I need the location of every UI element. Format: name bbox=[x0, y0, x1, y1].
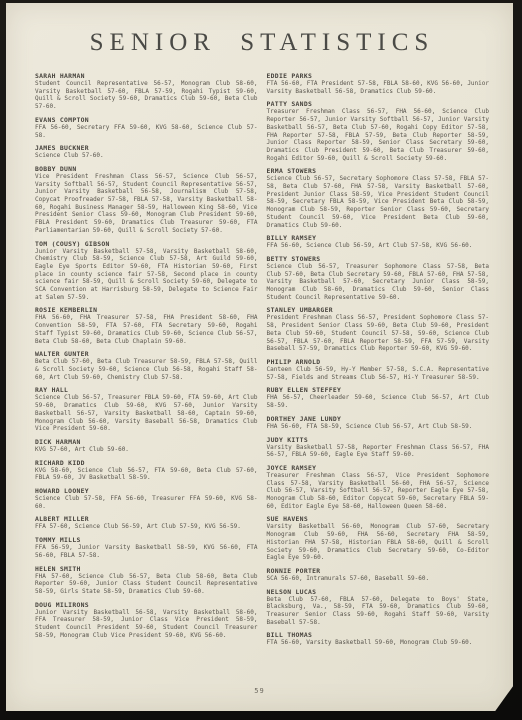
student-activities: FHA 56-60, FTA 58-59, Science Club 56-57… bbox=[267, 423, 490, 431]
student-name: PHILIP ARNOLD bbox=[267, 358, 490, 366]
student-entry: TOMMY MILLSFFA 56-59, Junior Varsity Bas… bbox=[35, 536, 258, 559]
student-entry: RUBY ELLEN STEFFEYFHA 56-57, Cheerleader… bbox=[267, 386, 490, 409]
student-activities: FTA 56-60, FTA President 57-58, FBLA 58-… bbox=[267, 80, 490, 95]
student-entry: DICK HARMANKVG 57-60, Art Club 59-60. bbox=[35, 438, 258, 454]
student-entry: EVANS COMPTONFFA 56-60, Secretary FFA 59… bbox=[35, 116, 258, 139]
student-name: DOUG MILIRONS bbox=[35, 601, 258, 609]
student-activities: KVG 58-60, Science Club 56-57, FTA 59-60… bbox=[35, 467, 258, 482]
student-entry: BILL THOMASFTA 56-60, Varsity Basketball… bbox=[267, 631, 490, 647]
student-name: DICK HARMAN bbox=[35, 438, 258, 446]
student-entry: BOBBY DUNNVice President Freshman Class … bbox=[35, 165, 258, 235]
student-entry: ROSIE KEMBERLINFHA 56-60, FHA Treasurer … bbox=[35, 306, 258, 345]
student-name: TOM (COUSY) GIBSON bbox=[35, 240, 258, 248]
student-entry: RAY HALLScience Club 56-57, Treasurer FB… bbox=[35, 386, 258, 433]
student-activities: Science Club 56-57, Treasurer FBLA 59-60… bbox=[35, 394, 258, 433]
student-entry: DORTHEY JANE LUNDYFHA 56-60, FTA 58-59, … bbox=[267, 415, 490, 431]
student-activities: Beta Club 57-60, Beta Club Treasurer 58-… bbox=[35, 358, 258, 381]
left-column: SARAH HARMANStudent Council Representati… bbox=[35, 72, 258, 652]
student-activities: Treasurer Freshman Class 56-57, Vice Pre… bbox=[267, 472, 490, 511]
student-name: ERMA STOWERS bbox=[267, 167, 490, 175]
student-entry: TOM (COUSY) GIBSONJunior Varsity Basketb… bbox=[35, 240, 258, 302]
page-content: SENIOR STATISTICS SARAH HARMANStudent Co… bbox=[6, 3, 513, 652]
student-activities: Science Club 57-58, FFA 56-60, Treasurer… bbox=[35, 495, 258, 510]
student-name: RAY HALL bbox=[35, 386, 258, 394]
photo-background: SENIOR STATISTICS SARAH HARMANStudent Co… bbox=[0, 0, 522, 720]
student-activities: Junior Varsity Basketball 57-58, Varsity… bbox=[35, 248, 258, 302]
student-name: ALBERT MILLER bbox=[35, 515, 258, 523]
student-entry: HOWARD LOONEYScience Club 57-58, FFA 56-… bbox=[35, 487, 258, 510]
student-activities: Science Club 56-57, Secretary Sophomore … bbox=[267, 175, 490, 229]
student-entry: SARAH HARMANStudent Council Representati… bbox=[35, 72, 258, 111]
student-name: STANLEY UMBARGER bbox=[267, 306, 490, 314]
student-activities: Varsity Basketball 57-58, Reporter Fresh… bbox=[267, 444, 490, 459]
student-activities: Beta Club 57-60, FBLA 57-60, Delegate to… bbox=[267, 596, 490, 627]
student-entry: BILLY RAMSEYFFA 56-60, Science Club 56-5… bbox=[267, 234, 490, 250]
student-entry: HELEN SMITHFHA 57-60, Science Club 56-57… bbox=[35, 565, 258, 596]
student-name: DORTHEY JANE LUNDY bbox=[267, 415, 490, 423]
student-entry: RONNIE PORTERSCA 56-60, Intramurals 57-6… bbox=[267, 567, 490, 583]
student-activities: Treasurer Freshman Class 56-57, FHA 56-6… bbox=[267, 108, 490, 162]
student-name: SUE HAVENS bbox=[267, 515, 490, 523]
student-name: BOBBY DUNN bbox=[35, 165, 258, 173]
student-activities: Varsity Basketball 56-60, Monogram Club … bbox=[267, 523, 490, 562]
student-entry: JUDY KITTSVarsity Basketball 57-58, Repo… bbox=[267, 436, 490, 459]
student-entry: STANLEY UMBARGERPresident Freshman Class… bbox=[267, 306, 490, 353]
student-name: JAMES BUCKNER bbox=[35, 144, 258, 152]
student-entry: NELSON LUCASBeta Club 57-60, FBLA 57-60,… bbox=[267, 588, 490, 627]
student-activities: FFA 56-60, Secretary FFA 59-60, KVG 58-6… bbox=[35, 124, 258, 139]
student-activities: FFA 56-60, Science Club 56-59, Art Club … bbox=[267, 242, 490, 250]
student-name: SARAH HARMAN bbox=[35, 72, 258, 80]
student-activities: Science Club 56-57, Treasurer Sophomore … bbox=[267, 263, 490, 302]
student-entry: PHILIP ARNOLDCanteen Club 56-59, Hy-Y Me… bbox=[267, 358, 490, 381]
student-name: RONNIE PORTER bbox=[267, 567, 490, 575]
student-name: EVANS COMPTON bbox=[35, 116, 258, 124]
student-name: HOWARD LOONEY bbox=[35, 487, 258, 495]
student-name: RUBY ELLEN STEFFEY bbox=[267, 386, 490, 394]
student-name: RICHARD KIDD bbox=[35, 459, 258, 467]
student-entry: JOYCE RAMSEYTreasurer Freshman Class 56-… bbox=[267, 464, 490, 511]
student-activities: FTA 56-60, Varsity Basketball 59-60, Mon… bbox=[267, 639, 490, 647]
student-activities: FHA 56-60, FHA Treasurer 57-58, FHA Pres… bbox=[35, 314, 258, 345]
student-entry: EDDIE PARKSFTA 56-60, FTA President 57-5… bbox=[267, 72, 490, 95]
student-name: BILL THOMAS bbox=[267, 631, 490, 639]
student-name: BILLY RAMSEY bbox=[267, 234, 490, 242]
student-name: TOMMY MILLS bbox=[35, 536, 258, 544]
student-activities: KVG 57-60, Art Club 59-60. bbox=[35, 446, 258, 454]
student-name: JUDY KITTS bbox=[267, 436, 490, 444]
student-entry: DOUG MILIRONSJunior Varsity Basketball 5… bbox=[35, 601, 258, 640]
student-name: BETTY STOWERS bbox=[267, 255, 490, 263]
student-activities: FHA 56-57, Cheerleader 59-60, Science Cl… bbox=[267, 394, 490, 409]
student-entry: RICHARD KIDDKVG 58-60, Science Club 56-5… bbox=[35, 459, 258, 482]
page-title: SENIOR STATISTICS bbox=[35, 29, 489, 57]
yearbook-page: SENIOR STATISTICS SARAH HARMANStudent Co… bbox=[6, 3, 513, 711]
student-activities: President Freshman Class 56-57, Presiden… bbox=[267, 314, 490, 353]
student-name: EDDIE PARKS bbox=[267, 72, 490, 80]
student-name: PATTY SANDS bbox=[267, 100, 490, 108]
student-activities: Canteen Club 56-59, Hy-Y Member 57-58, S… bbox=[267, 366, 490, 381]
page-number: 59 bbox=[6, 687, 513, 695]
student-name: JOYCE RAMSEY bbox=[267, 464, 490, 472]
student-name: WALTER GUNTER bbox=[35, 350, 258, 358]
right-column: EDDIE PARKSFTA 56-60, FTA President 57-5… bbox=[267, 72, 490, 652]
student-activities: Junior Varsity Basketball 56-58, Varsity… bbox=[35, 609, 258, 640]
student-activities: Science Club 57-60. bbox=[35, 152, 258, 160]
student-entry: ERMA STOWERSScience Club 56-57, Secretar… bbox=[267, 167, 490, 229]
two-column-layout: SARAH HARMANStudent Council Representati… bbox=[35, 72, 489, 652]
student-entry: SUE HAVENSVarsity Basketball 56-60, Mono… bbox=[267, 515, 490, 562]
student-entry: ALBERT MILLERFFA 57-60, Science Club 56-… bbox=[35, 515, 258, 531]
student-name: ROSIE KEMBERLIN bbox=[35, 306, 258, 314]
student-activities: SCA 56-60, Intramurals 57-60, Baseball 5… bbox=[267, 575, 490, 583]
student-activities: Student Council Representative 56-57, Mo… bbox=[35, 80, 258, 111]
student-activities: Vice President Freshman Class 56-57, Sci… bbox=[35, 173, 258, 235]
student-activities: FFA 57-60, Science Club 56-59, Art Club … bbox=[35, 523, 258, 531]
student-entry: PATTY SANDSTreasurer Freshman Class 56-5… bbox=[267, 100, 490, 162]
student-entry: JAMES BUCKNERScience Club 57-60. bbox=[35, 144, 258, 160]
student-activities: FHA 57-60, Science Club 56-57, Beta Club… bbox=[35, 573, 258, 596]
student-activities: FFA 56-59, Junior Varsity Basketball 58-… bbox=[35, 544, 258, 559]
student-name: NELSON LUCAS bbox=[267, 588, 490, 596]
student-name: HELEN SMITH bbox=[35, 565, 258, 573]
student-entry: WALTER GUNTERBeta Club 57-60, Beta Club … bbox=[35, 350, 258, 381]
student-entry: BETTY STOWERSScience Club 56-57, Treasur… bbox=[267, 255, 490, 302]
